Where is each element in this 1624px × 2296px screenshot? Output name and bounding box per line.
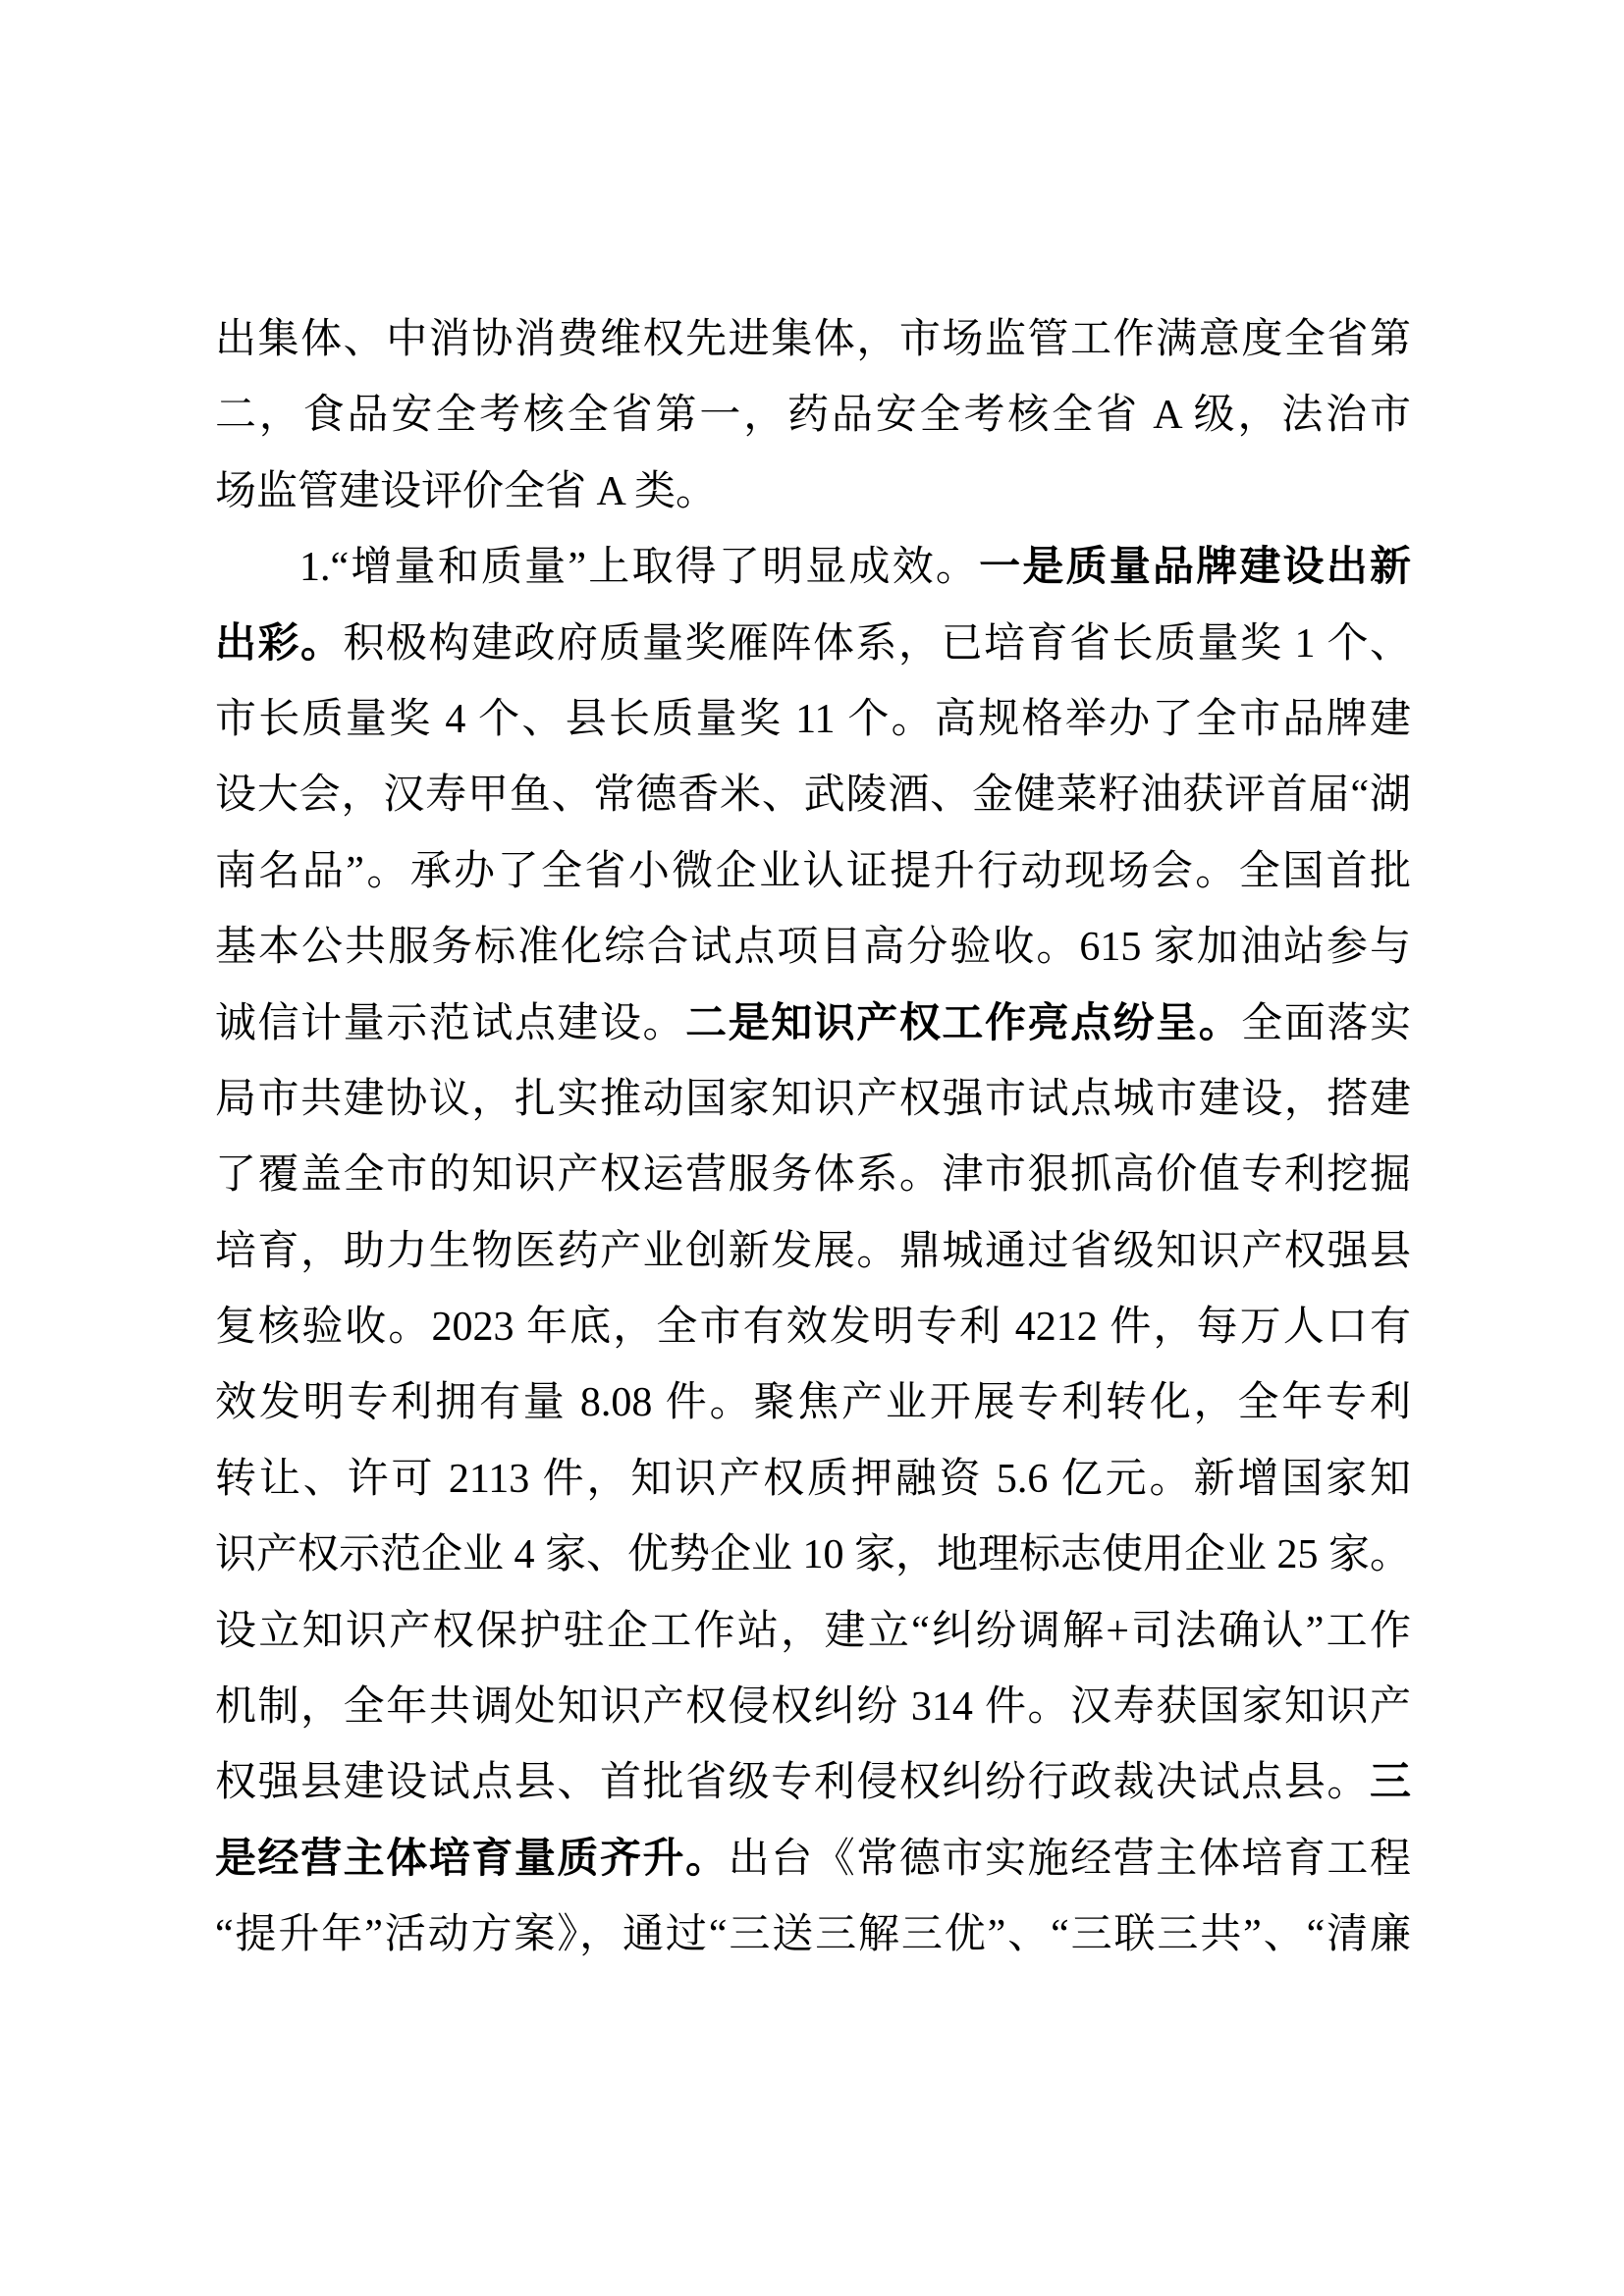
body-text-segment: 场监管建设评价全省 A 类。 <box>215 469 717 514</box>
body-text-segment: 1.“增量和质量”上取得了明显成效。 <box>299 545 979 590</box>
body-text-segment: 基本公共服务标准化综合试点项目高分验收。615 家加油站参与 <box>215 925 1411 970</box>
text-line: 权强县建设试点县、首批省级专利侵权纠纷行政裁决试点县。三 <box>215 1754 1411 1830</box>
bold-heading-text: 是经营主体培育量质齐升。 <box>215 1837 729 1882</box>
body-text-segment: 复核验收。2023 年底，全市有效发明专利 4212 件，每万人口有 <box>215 1305 1411 1350</box>
body-text-segment: 南名品”。承办了全省小微企业认证提升行动现场会。全国首批 <box>215 849 1411 894</box>
text-line: 基本公共服务标准化综合试点项目高分验收。615 家加油站参与 <box>215 919 1411 994</box>
bold-heading-text: 三 <box>1370 1760 1411 1805</box>
text-line: 场监管建设评价全省 A 类。 <box>215 463 1411 539</box>
body-text-segment: 局市共建协议，扎实推动国家知识产权强市试点城市建设，搭建 <box>215 1077 1411 1122</box>
text-line: 诚信计量示范试点建设。二是知识产权工作亮点纷呈。全面落实 <box>215 995 1411 1071</box>
text-line: “提升年”活动方案》，通过“三送三解三优”、“三联三共”、“清廉 <box>215 1906 1411 1982</box>
text-line: 转让、许可 2113 件，知识产权质押融资 5.6 亿元。新增国家知 <box>215 1451 1411 1526</box>
body-text-segment: 识产权示范企业 4 家、优势企业 10 家，地理标志使用企业 25 家。 <box>215 1532 1411 1577</box>
paragraph-first-line: 1.“增量和质量”上取得了明显成效。一是质量品牌建设出新 <box>215 539 1411 614</box>
text-line: 识产权示范企业 4 家、优势企业 10 家，地理标志使用企业 25 家。 <box>215 1526 1411 1602</box>
body-text: 出集体、中消协消费维权先进集体，市场监管工作满意度全省第二，食品安全考核全省第一… <box>215 311 1411 1983</box>
body-text-segment: 转让、许可 2113 件，知识产权质押融资 5.6 亿元。新增国家知 <box>215 1457 1411 1502</box>
document-page: 出集体、中消协消费维权先进集体，市场监管工作满意度全省第二，食品安全考核全省第一… <box>0 0 1624 2296</box>
body-text-segment: 市长质量奖 4 个、县长质量奖 11 个。高规格举办了全市品牌建 <box>215 697 1411 742</box>
text-line: 了覆盖全市的知识产权运营服务体系。津市狠抓高价值专利挖掘 <box>215 1147 1411 1222</box>
bold-heading-text: 出彩。 <box>215 621 344 667</box>
body-text-segment: “提升年”活动方案》，通过“三送三解三优”、“三联三共”、“清廉 <box>215 1912 1411 1957</box>
body-text-segment: 出集体、中消协消费维权先进集体，市场监管工作满意度全省第 <box>215 317 1411 362</box>
text-line: 设立知识产权保护驻企工作站，建立“纠纷调解+司法确认”工作 <box>215 1603 1411 1679</box>
body-text-segment: 效发明专利拥有量 8.08 件。聚焦产业开展专利转化，全年专利 <box>215 1380 1411 1425</box>
text-line: 设大会，汉寿甲鱼、常德香米、武陵酒、金健菜籽油获评首届“湖 <box>215 767 1411 842</box>
body-text-segment: 诚信计量示范试点建设。 <box>215 1001 685 1046</box>
bold-heading-text: 一是质量品牌建设出新 <box>979 545 1411 590</box>
body-text-segment: 出台《常德市实施经营主体培育工程 <box>729 1837 1411 1882</box>
text-line: 出彩。积极构建政府质量奖雁阵体系，已培育省长质量奖 1 个、 <box>215 615 1411 691</box>
text-line: 南名品”。承办了全省小微企业认证提升行动现场会。全国首批 <box>215 843 1411 919</box>
text-line: 效发明专利拥有量 8.08 件。聚焦产业开展专利转化，全年专利 <box>215 1374 1411 1450</box>
body-text-segment: 权强县建设试点县、首批省级专利侵权纠纷行政裁决试点县。 <box>215 1760 1370 1805</box>
body-text-segment: 全面落实 <box>1241 1001 1411 1046</box>
text-line: 复核验收。2023 年底，全市有效发明专利 4212 件，每万人口有 <box>215 1299 1411 1374</box>
text-line: 机制，全年共调处知识产权侵权纠纷 314 件。汉寿获国家知识产 <box>215 1679 1411 1754</box>
text-line: 市长质量奖 4 个、县长质量奖 11 个。高规格举办了全市品牌建 <box>215 691 1411 767</box>
body-text-segment: 积极构建政府质量奖雁阵体系，已培育省长质量奖 1 个、 <box>344 621 1411 667</box>
body-text-segment: 培育，助力生物医药产业创新发展。鼎城通过省级知识产权强县 <box>215 1229 1411 1274</box>
body-text-segment: 设立知识产权保护驻企工作站，建立“纠纷调解+司法确认”工作 <box>215 1609 1411 1654</box>
text-line: 局市共建协议，扎实推动国家知识产权强市试点城市建设，搭建 <box>215 1071 1411 1147</box>
bold-heading-text: 二是知识产权工作亮点纷呈。 <box>685 1001 1241 1046</box>
text-line: 是经营主体培育量质齐升。出台《常德市实施经营主体培育工程 <box>215 1831 1411 1906</box>
text-line: 培育，助力生物医药产业创新发展。鼎城通过省级知识产权强县 <box>215 1223 1411 1299</box>
body-text-segment: 了覆盖全市的知识产权运营服务体系。津市狠抓高价值专利挖掘 <box>215 1152 1411 1198</box>
text-line: 二，食品安全考核全省第一，药品安全考核全省 A 级，法治市 <box>215 387 1411 462</box>
text-line: 出集体、中消协消费维权先进集体，市场监管工作满意度全省第 <box>215 311 1411 387</box>
body-text-segment: 二，食品安全考核全省第一，药品安全考核全省 A 级，法治市 <box>215 393 1411 438</box>
body-text-segment: 机制，全年共调处知识产权侵权纠纷 314 件。汉寿获国家知识产 <box>215 1684 1411 1730</box>
body-text-segment: 设大会，汉寿甲鱼、常德香米、武陵酒、金健菜籽油获评首届“湖 <box>215 773 1411 818</box>
